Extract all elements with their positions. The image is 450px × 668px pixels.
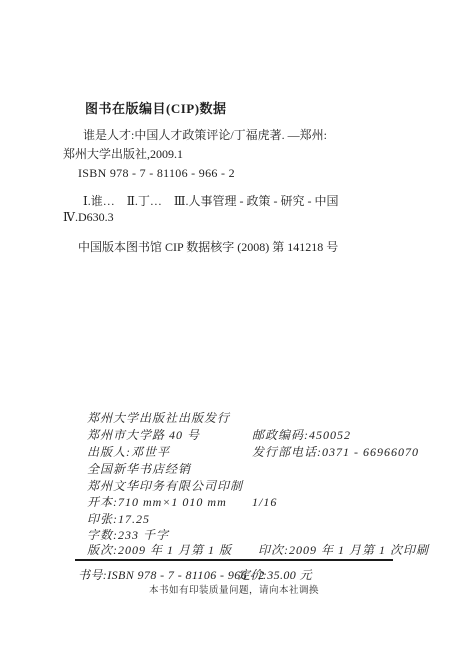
postcode: 邮政编码:450052 [252, 428, 351, 443]
cip-isbn: ISBN 978 - 7 - 81106 - 966 - 2 [78, 166, 235, 181]
cip-description-line-1: 谁是人才:中国人才政策评论/丁福虎著. —郑州: [83, 128, 327, 143]
footer-book-number: 书号:ISBN 978 - 7 - 81106 - 966 - 2 [78, 568, 265, 583]
cip-description-line-2: 郑州大学出版社,2009.1 [63, 147, 183, 162]
cip-heading: 图书在版编目(CIP)数据 [85, 101, 227, 116]
cip-classification-continued: Ⅳ.D630.3 [63, 210, 114, 225]
divider-rule [75, 559, 393, 561]
format-fraction: 1/16 [252, 495, 277, 510]
edition: 版次:2009 年 1 月第 1 版 [87, 543, 232, 558]
publisher-address: 郑州市大学路 40 号 [87, 428, 200, 443]
word-count: 字数:233 千字 [87, 528, 169, 543]
publisher-line: 郑州大学出版社出版发行 [87, 411, 230, 426]
book-copyright-page: 图书在版编目(CIP)数据 谁是人才:中国人才政策评论/丁福虎著. —郑州: 郑… [0, 0, 450, 668]
distributor: 全国新华书店经销 [87, 462, 191, 477]
cip-classification: Ⅰ.谁… Ⅱ.丁… Ⅲ.人事管理 - 政策 - 研究 - 中国 [83, 194, 338, 209]
quality-note: 本书如有印装质量问题，请向本社调换 [75, 584, 393, 599]
impression: 印次:2009 年 1 月第 1 次印刷 [258, 543, 429, 558]
footer-price: 定价:35.00 元 [238, 568, 312, 583]
publisher-person: 出版人:邓世平 [87, 445, 170, 460]
sales-phone: 发行部电话:0371 - 66966070 [252, 445, 419, 460]
print-sheets: 印张:17.25 [87, 512, 150, 527]
book-format: 开本:710 mm×1 010 mm [87, 495, 227, 510]
printer: 郑州文华印务有限公司印制 [87, 479, 243, 494]
cip-record-number: 中国版本图书馆 CIP 数据核字 (2008) 第 141218 号 [78, 240, 338, 255]
